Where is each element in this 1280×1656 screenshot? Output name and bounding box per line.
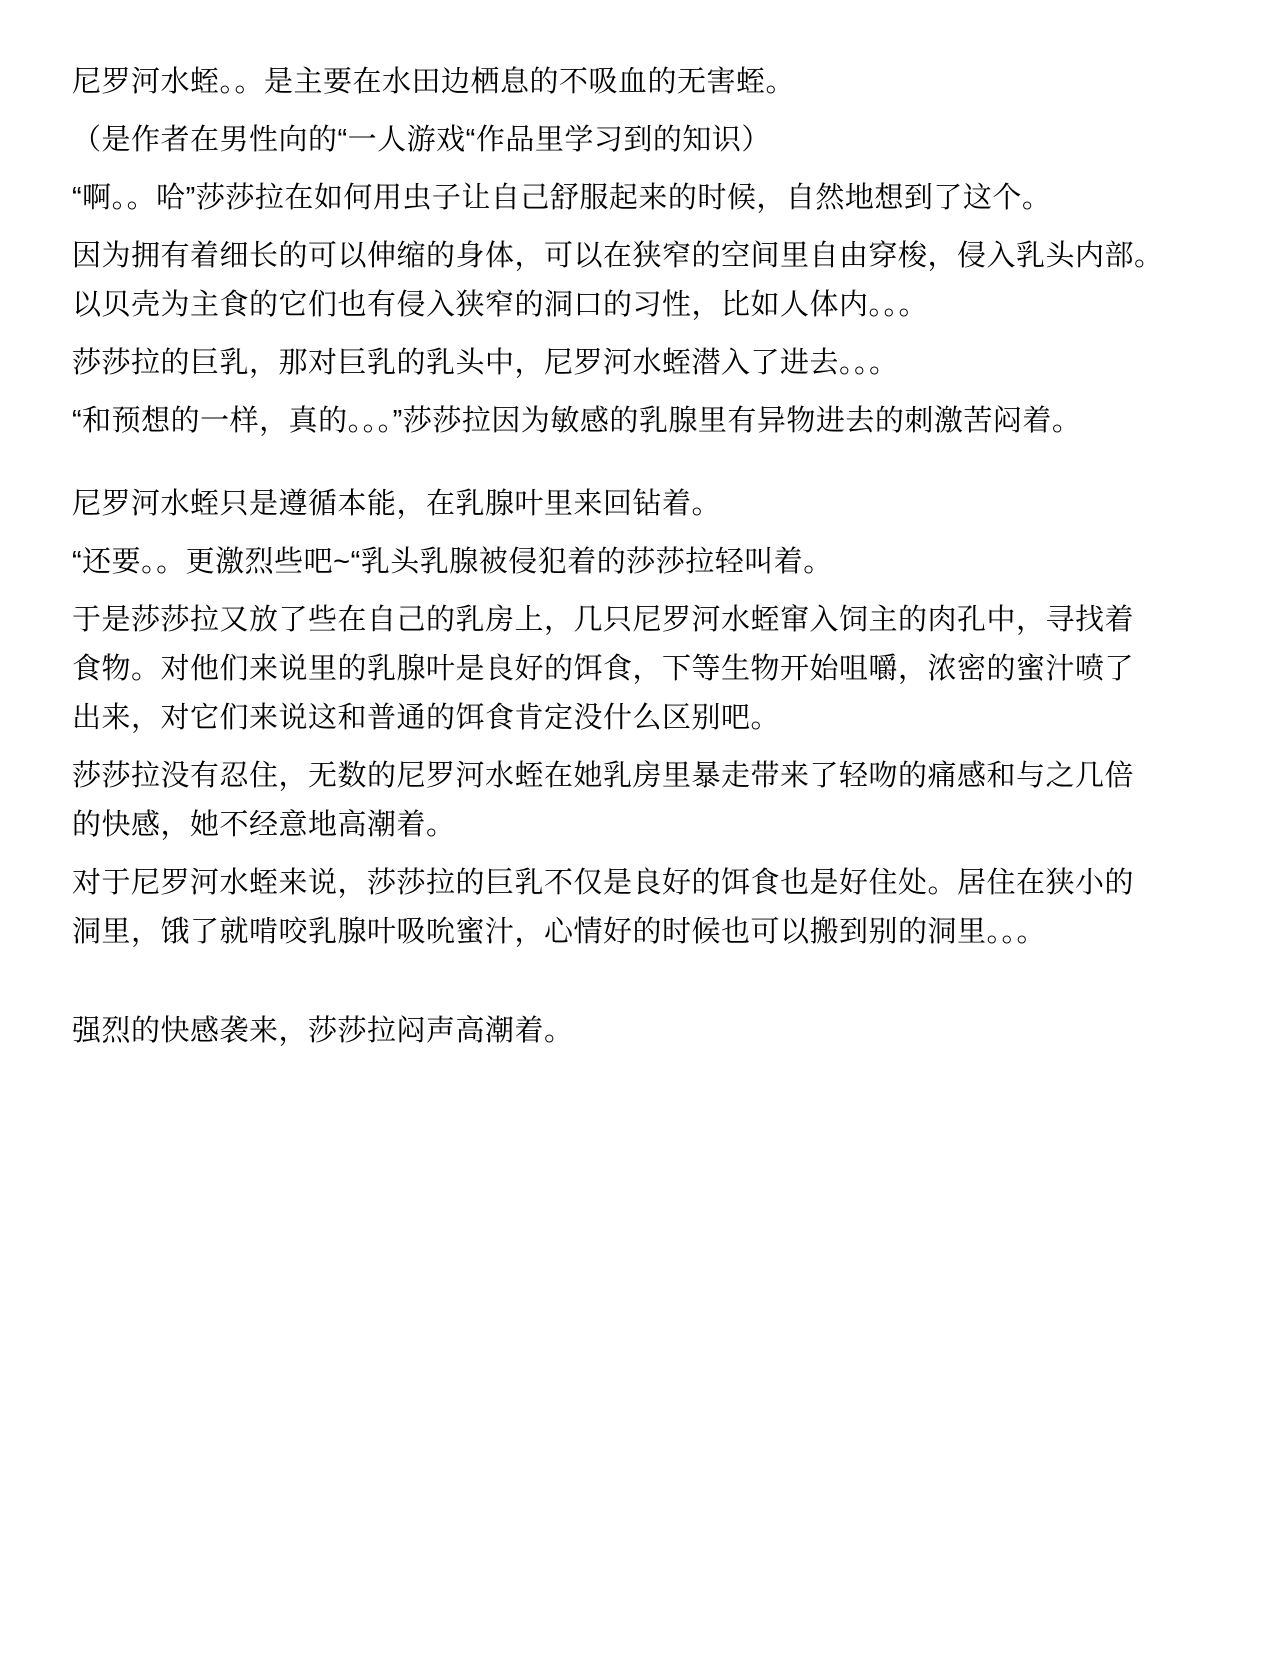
text-line: 以贝壳为主食的它们也有侵入狭窄的洞口的习性，比如人体内。。。 [72,281,1220,330]
paragraph-8: “还要。。更激烈些吧~“乳头乳腺被侵犯着的莎莎拉轻叫着。 [72,538,1220,587]
text-line: 洞里，饿了就啃咬乳腺叶吸吮蜜汁，心情好的时候也可以搬到别的洞里。。。 [72,908,1220,957]
paragraph-1: 尼罗河水蛭。。是主要在水田边栖息的不吸血的无害蛭。 [72,58,1220,107]
text-line: “还要。。更激烈些吧~“乳头乳腺被侵犯着的莎莎拉轻叫着。 [72,538,1220,587]
paragraph-6: “和预想的一样，真的。。。”莎莎拉因为敏感的乳腺里有异物进去的刺激苦闷着。 [72,397,1220,446]
paragraph-10: 莎莎拉没有忍住，无数的尼罗河水蛭在她乳房里暴走带来了轻吻的痛感和与之几倍 的快感… [72,752,1220,850]
text-line: 于是莎莎拉又放了些在自己的乳房上，几只尼罗河水蛭窜入饲主的肉孔中，寻找着 [72,596,1220,645]
text-line: 莎莎拉没有忍住，无数的尼罗河水蛭在她乳房里暴走带来了轻吻的痛感和与之几倍 [72,752,1220,801]
text-line: 的快感，她不经意地高潮着。 [72,801,1220,850]
paragraph-5: 莎莎拉的巨乳，那对巨乳的乳头中，尼罗河水蛭潜入了进去。。。 [72,339,1220,388]
text-line: 食物。对他们来说里的乳腺叶是良好的饵食，下等生物开始咀嚼，浓密的蜜汁喷了 [72,645,1220,694]
text-line: 出来，对它们来说这和普通的饵食肯定没什么区别吧。 [72,694,1220,743]
text-line: （是作者在男性向的“一人游戏“作品里学习到的知识） [72,116,1220,165]
paragraph-4: 因为拥有着细长的可以伸缩的身体，可以在狭窄的空间里自由穿梭，侵入乳头内部。 以贝… [72,232,1220,330]
paragraph-3: “啊。。哈”莎莎拉在如何用虫子让自己舒服起来的时候，自然地想到了这个。 [72,174,1220,223]
text-line: “和预想的一样，真的。。。”莎莎拉因为敏感的乳腺里有异物进去的刺激苦闷着。 [72,397,1220,446]
paragraph-9: 于是莎莎拉又放了些在自己的乳房上，几只尼罗河水蛭窜入饲主的肉孔中，寻找着 食物。… [72,596,1220,743]
text-line: 尼罗河水蛭只是遵循本能，在乳腺叶里来回钻着。 [72,480,1220,529]
text-line: 莎莎拉的巨乳，那对巨乳的乳头中，尼罗河水蛭潜入了进去。。。 [72,339,1220,388]
document-page: 尼罗河水蛭。。是主要在水田边栖息的不吸血的无害蛭。 （是作者在男性向的“一人游戏… [0,0,1280,1656]
text-line: 因为拥有着细长的可以伸缩的身体，可以在狭窄的空间里自由穿梭，侵入乳头内部。 [72,232,1220,281]
paragraph-2: （是作者在男性向的“一人游戏“作品里学习到的知识） [72,116,1220,165]
paragraph-12: 强烈的快感袭来，莎莎拉闷声高潮着。 [72,1007,1220,1056]
paragraph-11: 对于尼罗河水蛭来说，莎莎拉的巨乳不仅是良好的饵食也是好住处。居住在狭小的 洞里，… [72,859,1220,957]
text-line: 尼罗河水蛭。。是主要在水田边栖息的不吸血的无害蛭。 [72,58,1220,107]
paragraph-7: 尼罗河水蛭只是遵循本能，在乳腺叶里来回钻着。 [72,480,1220,529]
text-line: “啊。。哈”莎莎拉在如何用虫子让自己舒服起来的时候，自然地想到了这个。 [72,174,1220,223]
text-line: 强烈的快感袭来，莎莎拉闷声高潮着。 [72,1007,1220,1056]
text-line: 对于尼罗河水蛭来说，莎莎拉的巨乳不仅是良好的饵食也是好住处。居住在狭小的 [72,859,1220,908]
